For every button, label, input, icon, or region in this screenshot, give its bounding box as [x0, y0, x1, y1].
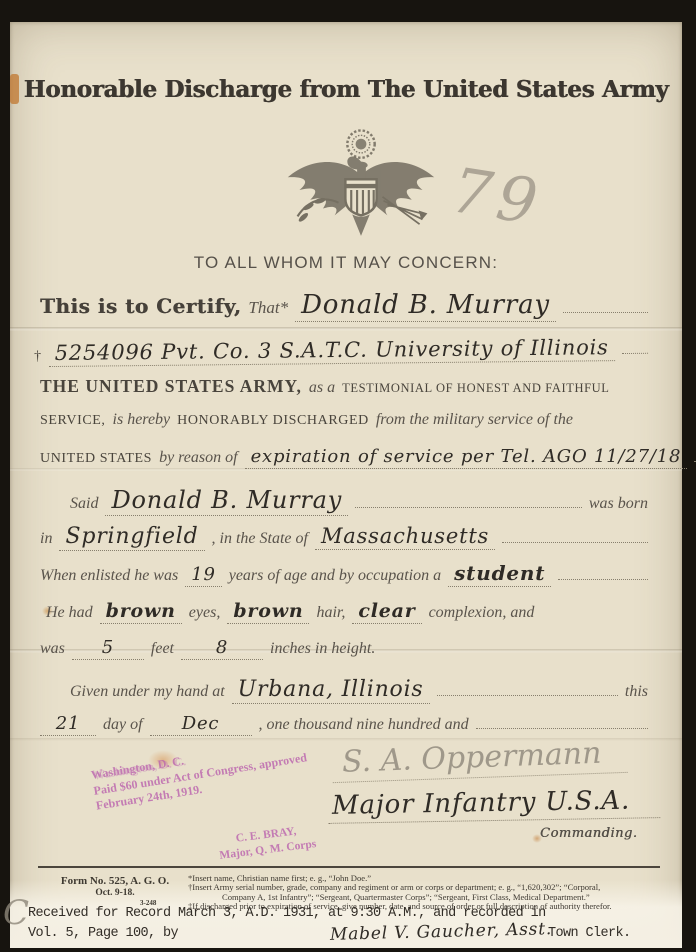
by-reason-label: by reason of — [159, 449, 238, 467]
state-of-label: , in the State of — [212, 530, 308, 548]
dotted-rule — [476, 714, 648, 729]
hair-label: hair, — [316, 604, 345, 622]
this-label: this — [625, 683, 648, 701]
honorably-discharged-label: HONORABLY DISCHARGED — [177, 413, 369, 429]
complexion-label: complexion, and — [429, 604, 535, 622]
birth-city-value: Springfield — [59, 524, 204, 551]
given-under-label: Given under my hand at — [70, 683, 225, 701]
dotted-rule — [622, 338, 648, 354]
in-label: in — [40, 530, 52, 548]
soldier-name: Donald B. Murray — [295, 290, 556, 322]
dotted-rule — [563, 298, 648, 313]
age-line: When enlisted he was 19 years of age and… — [40, 561, 648, 587]
form-number-block: Form No. 525, A. G. O. Oct. 9-18. — [50, 875, 180, 899]
footer-divider — [38, 866, 660, 868]
features-line: He had brown eyes, brown hair, clear com… — [46, 600, 648, 624]
was-born-label: was born — [589, 495, 648, 513]
day-value: 21 — [40, 713, 96, 736]
record-line1: Received for Record March 3, A.D. 1931, … — [28, 906, 546, 921]
height-feet-value: 5 — [72, 637, 144, 660]
united-states-label: UNITED STATES — [40, 451, 152, 467]
height-line: was 5 feet 8 inches in height. — [40, 637, 648, 660]
pencil-margin-mark: C — [3, 893, 29, 933]
as-a-label: as a — [309, 379, 335, 397]
dagger-mark: † — [34, 349, 42, 365]
complexion-value: clear — [352, 600, 421, 624]
clerk-title: Town Clerk. — [548, 926, 631, 941]
army-line: THE UNITED STATES ARMY, as a TESTIMONIAL… — [40, 376, 648, 397]
salutation: TO ALL WHOM IT MAY CONCERN: — [10, 253, 682, 273]
soldier-name-repeat: Donald B. Murray — [105, 486, 348, 516]
occupation-value: student — [448, 561, 551, 587]
eye-color-value: brown — [100, 600, 182, 624]
form-number: Form No. 525, A. G. O. — [50, 875, 180, 888]
birthplace-line: in Springfield , in the State of Massach… — [40, 524, 648, 551]
dotted-rule — [502, 528, 648, 543]
height-inches-value: 8 — [181, 637, 263, 660]
reason-line: UNITED STATES by reason of expiration of… — [40, 446, 648, 469]
from-military-label: from the military service of the — [376, 411, 573, 429]
inches-label: inches in height. — [270, 640, 375, 658]
is-hereby-label: is hereby — [113, 411, 171, 429]
pencil-notation-79: 79 — [447, 153, 548, 239]
dotted-rule — [558, 565, 648, 580]
document-title: Honorable Discharge from The United Stat… — [10, 76, 682, 103]
eyes-label: eyes, — [189, 604, 221, 622]
hair-color-value: brown — [227, 600, 309, 624]
was-label: was — [40, 640, 65, 658]
occupation-label: years of age and by occupation a — [229, 567, 441, 585]
said-label: Said — [70, 495, 98, 513]
army-label: THE UNITED STATES ARMY, — [40, 376, 302, 397]
when-enlisted-label: When enlisted he was — [40, 567, 178, 585]
great-seal-eagle-icon — [278, 126, 444, 254]
certify-lead: This is to Certify, — [40, 294, 241, 318]
commanding-label: Commanding. — [540, 824, 637, 842]
discharge-line: SERVICE, is hereby HONORABLY DISCHARGED … — [40, 411, 648, 429]
record-line2-lead: Vol. 5, Page 100, by — [28, 926, 178, 941]
he-had-label: He had — [46, 604, 93, 622]
testimonial-label: TESTIMONIAL OF HONEST AND FAITHFUL — [342, 381, 609, 396]
dotted-rule — [355, 493, 582, 508]
dotted-rule — [437, 681, 618, 696]
born-line: Said Donald B. Murray was born — [70, 486, 648, 516]
age-value: 19 — [185, 564, 222, 587]
day-of-label: day of — [103, 716, 143, 734]
discharge-reason-value: expiration of service per Tel. AGO 11/27… — [245, 446, 688, 469]
feet-label: feet — [151, 640, 174, 658]
service-label: SERVICE, — [40, 413, 106, 429]
birth-state-value: Massachusetts — [315, 524, 495, 550]
form-date: Oct. 9-18. — [50, 888, 180, 899]
officer-title-script: Major Infantry U.S.A. — [328, 785, 661, 821]
given-line: Given under my hand at Urbana, Illinois … — [70, 677, 648, 704]
certify-that-label: That* — [248, 298, 288, 318]
certify-line: This is to Certify, That* Donald B. Murr… — [40, 290, 648, 322]
month-value: Dec — [150, 713, 252, 736]
place-value: Urbana, Illinois — [232, 677, 430, 704]
